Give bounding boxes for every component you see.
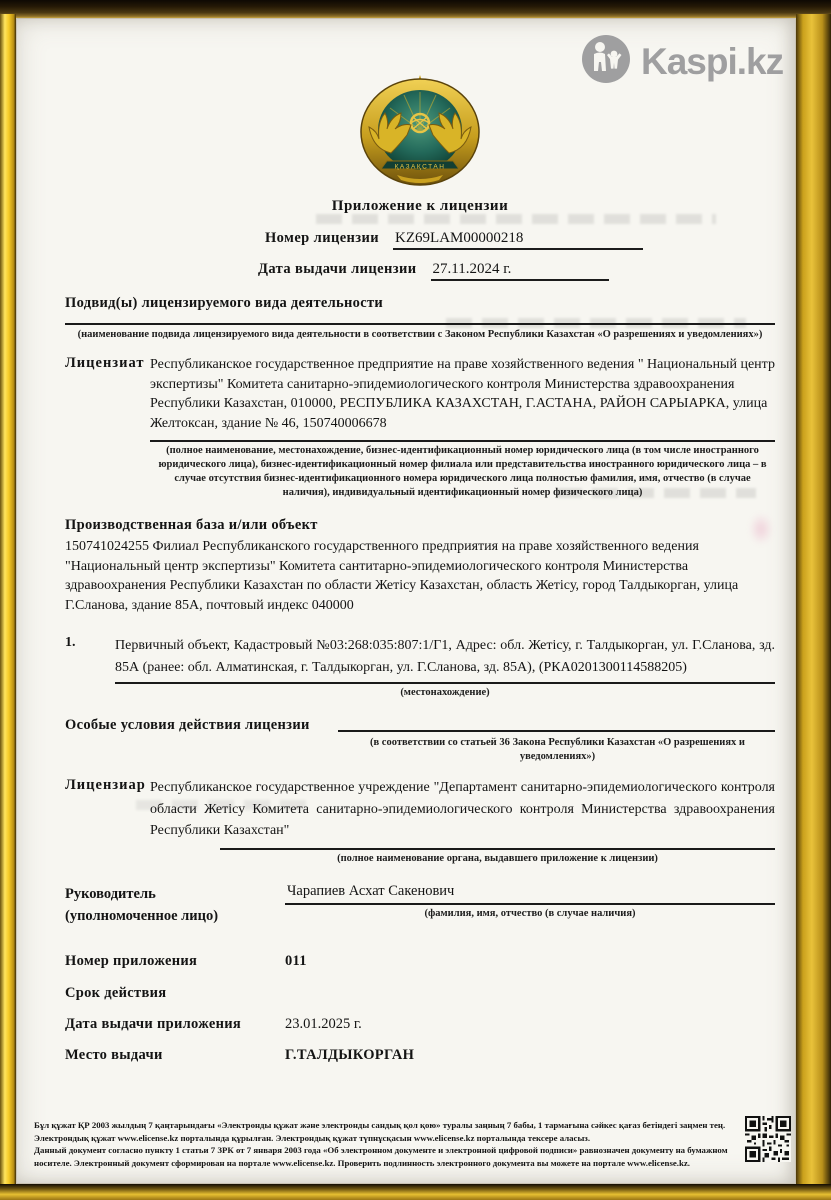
licensee-caption: (полное наименование, местонахождение, б…	[150, 444, 775, 500]
qr-code	[745, 1115, 791, 1163]
licensee-section: Лицензиат Республиканское государственно…	[65, 355, 775, 433]
license-number-label: Номер лицензии	[265, 230, 379, 247]
licensor-label: Лицензиар	[65, 777, 150, 842]
licensor-rule	[220, 848, 775, 850]
head-name: Чарапиев Асхат Сакенович	[285, 883, 775, 900]
document-body: ҚАЗАҚСТАН Приложение к лицензии Номер ли…	[16, 18, 796, 1184]
licensor-section: Лицензиар Республиканское государственно…	[65, 777, 775, 842]
licensee-rule	[150, 440, 775, 442]
footer-line: Бұл құжат ҚР 2003 жылдың 7 қаңтарындағы …	[34, 1119, 742, 1132]
license-date-label: Дата выдачи лицензии	[258, 261, 417, 278]
object-item-number: 1.	[65, 635, 115, 678]
frame-right-edge	[796, 14, 831, 1200]
frame-top-edge	[0, 0, 831, 18]
appendix-date-label: Дата выдачи приложения	[65, 1016, 285, 1033]
license-date-row: Дата выдачи лицензии 27.11.2024 г.	[258, 261, 775, 281]
legal-footer: Бұл құжат ҚР 2003 жылдың 7 қаңтарындағы …	[34, 1119, 742, 1169]
license-number-row: Номер лицензии KZ69LAM00000218	[265, 230, 775, 250]
subtype-heading: Подвид(ы) лицензируемого вида деятельнос…	[65, 295, 775, 312]
licensee-label: Лицензиат	[65, 355, 150, 433]
frame-bottom-edge	[0, 1184, 831, 1200]
emblem-country-label: ҚАЗАҚСТАН	[395, 164, 446, 171]
license-number-value: KZ69LAM00000218	[393, 230, 643, 250]
location-rule	[115, 682, 775, 684]
licensee-text: Республиканское государственное предприя…	[150, 355, 775, 433]
special-conditions-heading: Особые условия действия лицензии	[65, 717, 310, 734]
framed-document-photo: Kaspi.kz	[0, 0, 831, 1200]
facility-text: 150741024255 Филиал Республиканского гос…	[65, 537, 775, 615]
head-caption: (фамилия, имя, отчество (в случае наличи…	[285, 907, 775, 921]
appendix-date-value: 23.01.2025 г.	[285, 1016, 362, 1033]
appendix-number-label: Номер приложения	[65, 953, 285, 970]
license-document-page: Kaspi.kz	[16, 18, 796, 1184]
appendix-number-row: Номер приложения 011	[65, 953, 775, 970]
license-date-value: 27.11.2024 г.	[431, 261, 609, 281]
licensor-caption: (полное наименование органа, выдавшего п…	[220, 852, 775, 866]
head-rule	[285, 903, 775, 905]
object-item-text: Первичный объект, Кадастровый №03:268:03…	[115, 635, 775, 678]
frame-left-edge	[0, 14, 16, 1200]
footer-line: Электрондық құжат www.elicense.kz портал…	[34, 1132, 742, 1145]
footer-line: носителе. Электронный документ сформиров…	[34, 1157, 742, 1170]
head-label-line2: (уполномоченное лицо)	[65, 905, 285, 927]
special-conditions-rule	[338, 730, 775, 732]
state-emblem: ҚАЗАҚСТАН	[65, 18, 775, 190]
special-conditions-caption: (в соответствии со статьей 36 Закона Рес…	[340, 736, 775, 764]
head-label-line1: Руководитель	[65, 883, 285, 905]
footer-line: Данный документ согласно пункту 1 статьи…	[34, 1144, 742, 1157]
object-item: 1. Первичный объект, Кадастровый №03:268…	[65, 635, 775, 678]
head-label: Руководитель (уполномоченное лицо)	[65, 883, 285, 927]
place-label: Место выдачи	[65, 1047, 285, 1064]
kazakhstan-emblem-icon: ҚАЗАҚСТАН	[357, 75, 483, 187]
licensor-text: Республиканское государственное учрежден…	[150, 777, 775, 842]
subtype-caption: (наименование подвида лицензируемого вид…	[65, 328, 775, 342]
special-conditions-section: Особые условия действия лицензии	[65, 717, 775, 734]
place-row: Место выдачи Г.ТАЛДЫКОРГАН	[65, 1047, 775, 1064]
validity-label: Срок действия	[65, 985, 285, 1002]
place-value: Г.ТАЛДЫКОРГАН	[285, 1047, 414, 1064]
appendix-date-row: Дата выдачи приложения 23.01.2025 г.	[65, 1016, 775, 1033]
facility-heading: Производственная база и/или объект	[65, 517, 775, 534]
subtype-rule	[65, 323, 775, 325]
location-caption: (местонахождение)	[115, 686, 775, 700]
document-title: Приложение к лицензии	[65, 198, 775, 215]
validity-row: Срок действия	[65, 985, 775, 1002]
appendix-number-value: 011	[285, 953, 307, 970]
head-section: Руководитель (уполномоченное лицо) Чарап…	[65, 883, 775, 927]
head-value-block: Чарапиев Асхат Сакенович (фамилия, имя, …	[285, 883, 775, 927]
